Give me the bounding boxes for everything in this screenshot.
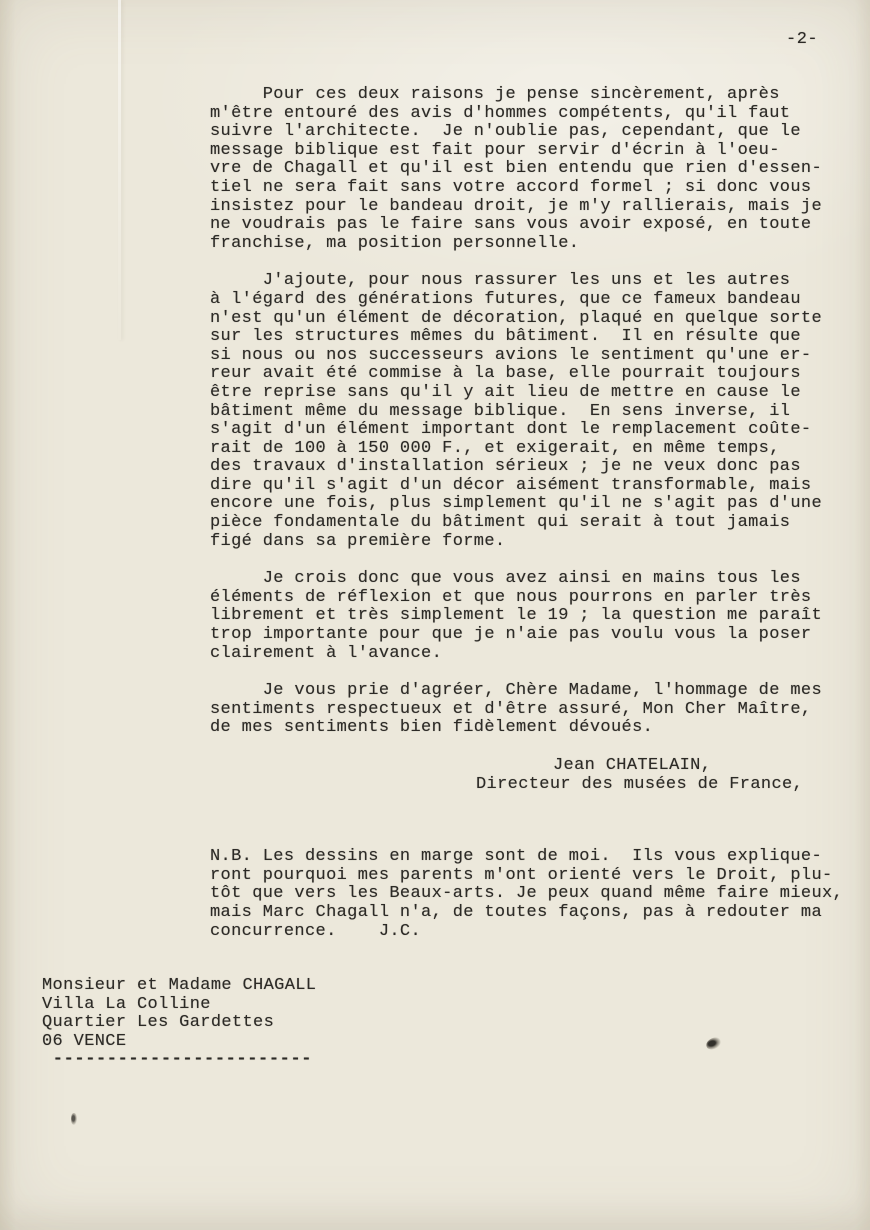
letter-body: Pour ces deux raisons je pense sincèreme… — [210, 86, 870, 960]
recipient-address: Monsieur et Madame CHAGALL Villa La Coll… — [42, 977, 316, 1070]
ink-smudge — [71, 1113, 77, 1125]
page-number: -2- — [786, 31, 818, 50]
paragraph-4: Je vous prie d'agréer, Chère Madame, l'h… — [210, 682, 870, 738]
address-underline: ------------------------ — [42, 1051, 316, 1070]
signature-block: Jean CHATELAIN, Directeur des musées de … — [210, 757, 870, 794]
paper-crease — [118, 0, 121, 340]
signature-name: Jean CHATELAIN, — [553, 757, 870, 776]
paragraph-3: Je crois donc que vous avez ainsi en mai… — [210, 570, 870, 663]
postscript: N.B. Les dessins en marge sont de moi. I… — [210, 848, 870, 941]
signature-title: Directeur des musées de France, — [476, 776, 870, 795]
ink-smudge — [705, 1036, 723, 1051]
paragraph-2: J'ajoute, pour nous rassurer les uns et … — [210, 272, 870, 551]
scanned-letter-page: -2- Pour ces deux raisons je pense sincè… — [0, 0, 870, 1230]
paragraph-1: Pour ces deux raisons je pense sincèreme… — [210, 86, 870, 253]
recipient-address-lines: Monsieur et Madame CHAGALL Villa La Coll… — [42, 977, 316, 1051]
